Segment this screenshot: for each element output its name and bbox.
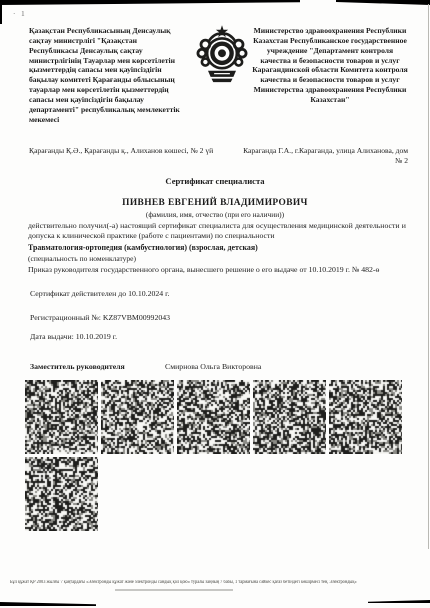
scan-edge-top-right: [336, 0, 430, 5]
datamatrix-barcode: [177, 380, 250, 454]
holder-name-caption: (фамилия, имя, отчество (при его наличии…: [0, 210, 430, 219]
address-kazakh: Қарағанды Қ.Ә., Қарағанды қ., Алиханов к…: [29, 146, 214, 156]
scan-edge-top-left: [0, 0, 300, 5]
valid-until-line: Сертификат действителен до 10.10.2024 г.: [30, 289, 169, 298]
barcode-row-1: [25, 380, 402, 454]
scan-edge-left-tick: [0, 0, 2, 24]
scan-edge-bottom-left: [0, 602, 96, 606]
scan-edge-right-line: [428, 4, 429, 549]
certificate-body-text: действительно получил(-а) настоящий серт…: [28, 221, 406, 242]
barcode-row-2: [25, 457, 98, 531]
datamatrix-barcode: [101, 380, 174, 454]
signer-name: Смирнова Ольга Викторовна: [165, 362, 261, 371]
document-title: Сертификат специалиста: [0, 176, 430, 186]
order-line: Приказ руководителя государственного орг…: [28, 265, 408, 274]
datamatrix-barcode: [329, 380, 402, 454]
kazakhstan-emblem-icon: [194, 20, 250, 90]
specialty-line: Травматология-ортопедия (камбустиология)…: [28, 243, 406, 252]
signer-position: Заместитель руководителя: [30, 362, 125, 371]
datamatrix-barcode: [25, 380, 98, 454]
header-org-kazakh: Қазақстан Республикасының Денсаулық сақт…: [29, 26, 181, 125]
holder-name: ПИВНЕВ ЕВГЕНИЙ ВЛАДИМИРОВИЧ: [0, 198, 430, 208]
datamatrix-barcode: [253, 380, 326, 454]
datamatrix-barcode: [25, 457, 98, 531]
page-corner-mark: · 1: [13, 10, 27, 18]
signature-row: Заместитель руководителя Смирнова Ольга …: [30, 362, 408, 374]
header-org-russian: Министерство здравоохранения Республики …: [251, 26, 409, 105]
registration-number-line: Регистрационный №: KZ87VBM00992043: [30, 313, 170, 322]
scan-smudge: [115, 589, 233, 591]
specialty-caption: (специальность по номенклатуре): [28, 254, 136, 263]
address-russian: Караганда Г.А., г.Караганда, улица Алиха…: [238, 146, 408, 167]
footer-legal-note: Бұл құжат ҚР 2003 жылғы 7 қаңтардағы «Эл…: [10, 580, 419, 585]
scan-edge-bottom-right: [368, 600, 430, 603]
issue-date-line: Дата выдачи: 10.10.2019 г.: [30, 332, 117, 341]
certificate-document: · 1 Қазақстан Республикасының Денсаулық …: [0, 0, 430, 608]
